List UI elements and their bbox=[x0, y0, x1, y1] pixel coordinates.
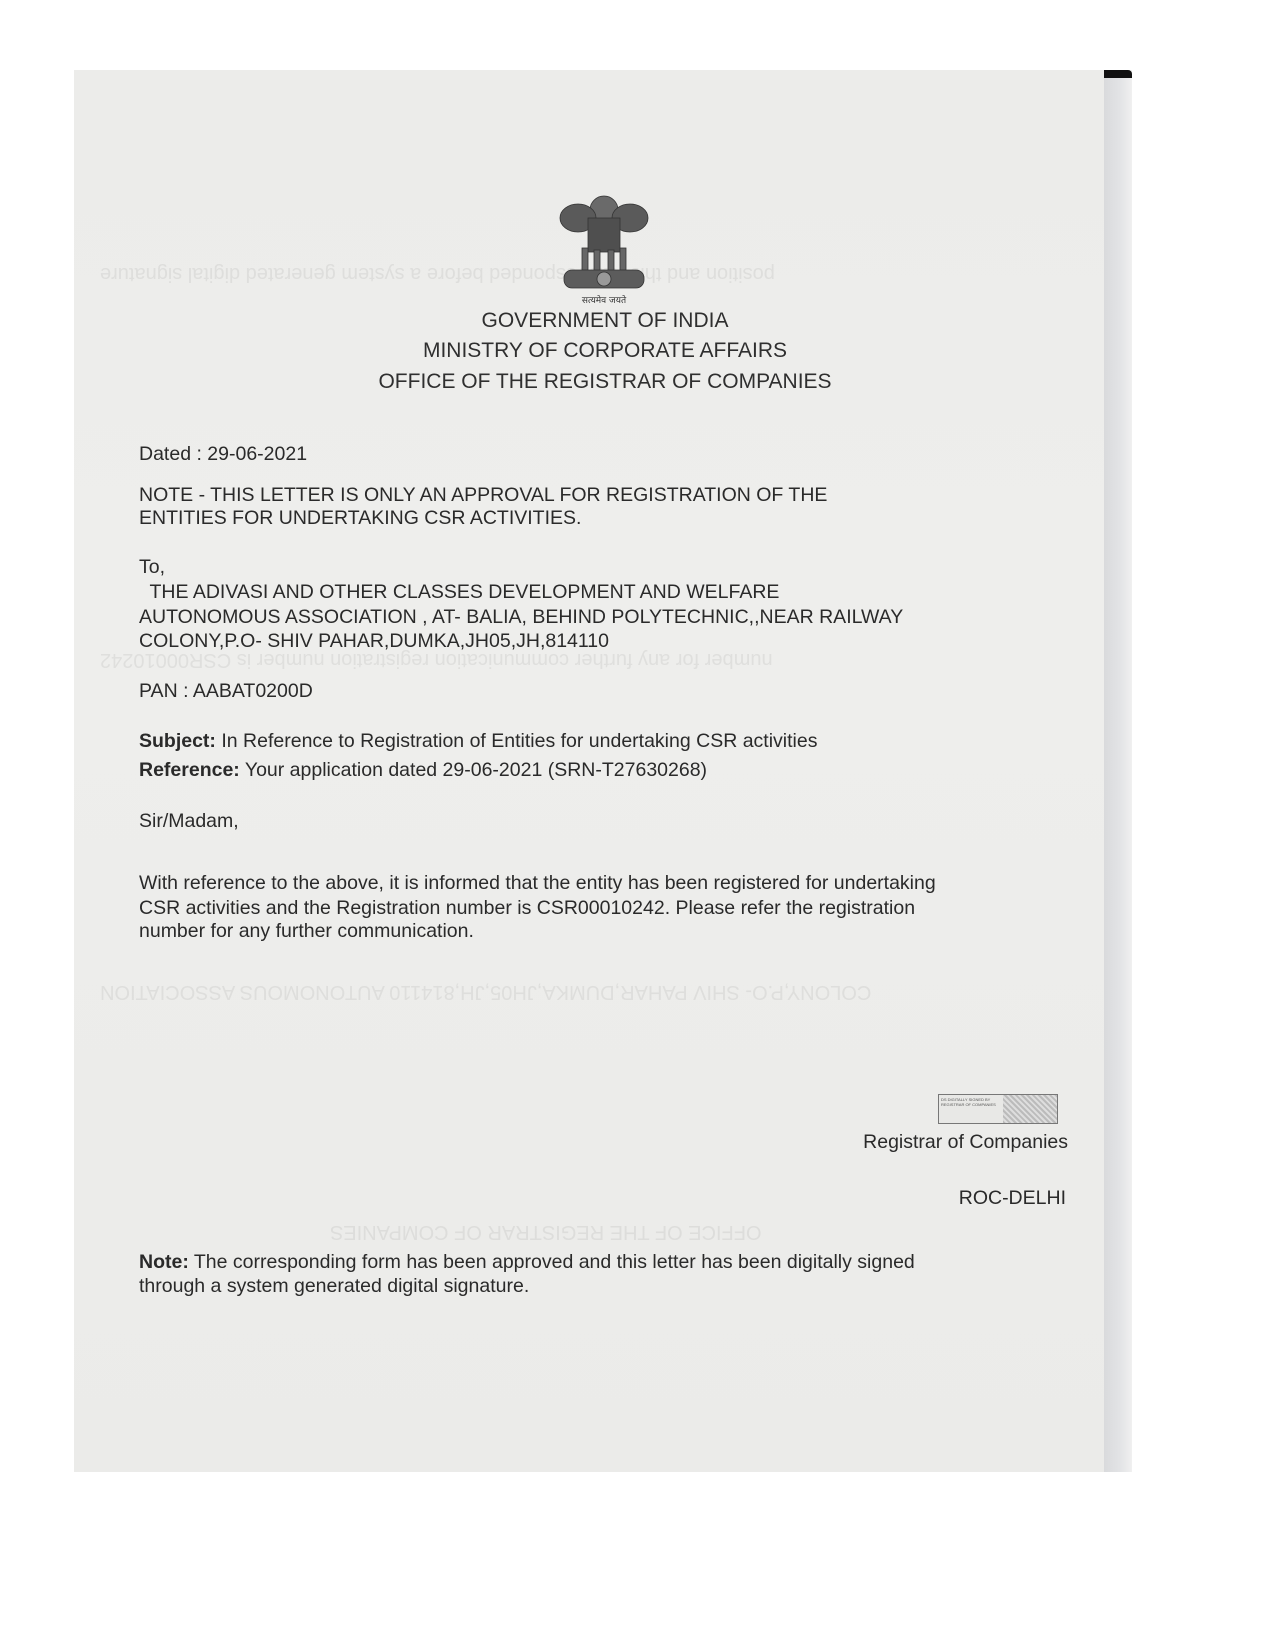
subject-line: Subject: In Reference to Registration of… bbox=[139, 730, 817, 753]
svg-text:सत्यमेव जयते: सत्यमेव जयते bbox=[582, 294, 627, 306]
body-line3: number for any further communication. bbox=[139, 920, 474, 943]
pan-number: PAN : AABAT0200D bbox=[139, 680, 313, 703]
national-emblem-icon: सत्यमेव जयते bbox=[548, 188, 660, 306]
roc-office: ROC-DELHI bbox=[959, 1187, 1066, 1210]
body-line1: With reference to the above, it is infor… bbox=[139, 872, 936, 895]
page-corner bbox=[1104, 70, 1132, 78]
reference-text: Your application dated 29-06-2021 (SRN-T… bbox=[240, 759, 707, 781]
subject-text: In Reference to Registration of Entities… bbox=[216, 730, 818, 752]
to-label: To, bbox=[139, 556, 165, 579]
address-line1: THE ADIVASI AND OTHER CLASSES DEVELOPMEN… bbox=[139, 581, 779, 604]
salutation: Sir/Madam, bbox=[139, 810, 239, 833]
reference-label: Reference: bbox=[139, 759, 240, 781]
footer-note-line2: through a system generated digital signa… bbox=[139, 1275, 529, 1298]
letter-date: Dated : 29-06-2021 bbox=[139, 443, 307, 466]
reference-line: Reference: Your application dated 29-06-… bbox=[139, 759, 707, 782]
approval-note-line1: NOTE - THIS LETTER IS ONLY AN APPROVAL F… bbox=[139, 484, 827, 507]
approval-note-line2: ENTITIES FOR UNDERTAKING CSR ACTIVITIES. bbox=[139, 507, 581, 530]
digital-signature-stamp-icon: DS DIGITALLY SIGNED BY REGISTRAR OF COMP… bbox=[938, 1094, 1058, 1124]
header-ministry: MINISTRY OF CORPORATE AFFAIRS bbox=[0, 339, 1210, 363]
subject-label: Subject: bbox=[139, 730, 216, 752]
footer-note-label: Note: bbox=[139, 1251, 189, 1273]
header-government: GOVERNMENT OF INDIA bbox=[0, 309, 1210, 333]
address-line2: AUTONOMOUS ASSOCIATION , AT- BALIA, BEHI… bbox=[139, 606, 903, 629]
footer-note-line1: Note: The corresponding form has been ap… bbox=[139, 1251, 915, 1274]
page-edge-shadow bbox=[1104, 70, 1132, 1472]
body-line2: CSR activities and the Registration numb… bbox=[139, 897, 915, 920]
footer-note-text: The corresponding form has been approved… bbox=[189, 1251, 915, 1273]
bleed-through-text: position and this was responded before a… bbox=[100, 262, 775, 285]
signatory-title: Registrar of Companies bbox=[863, 1131, 1068, 1154]
bleed-through-text: COLONY,P.O- SHIV PAHAR,DUMKA,JH05,JH,814… bbox=[100, 980, 871, 1003]
address-line3: COLONY,P.O- SHIV PAHAR,DUMKA,JH05,JH,814… bbox=[139, 630, 609, 653]
header-office: OFFICE OF THE REGISTRAR OF COMPANIES bbox=[0, 370, 1210, 394]
bleed-through-text: OFFICE OF THE REGISTRAR OF COMPANIES bbox=[330, 1220, 762, 1243]
